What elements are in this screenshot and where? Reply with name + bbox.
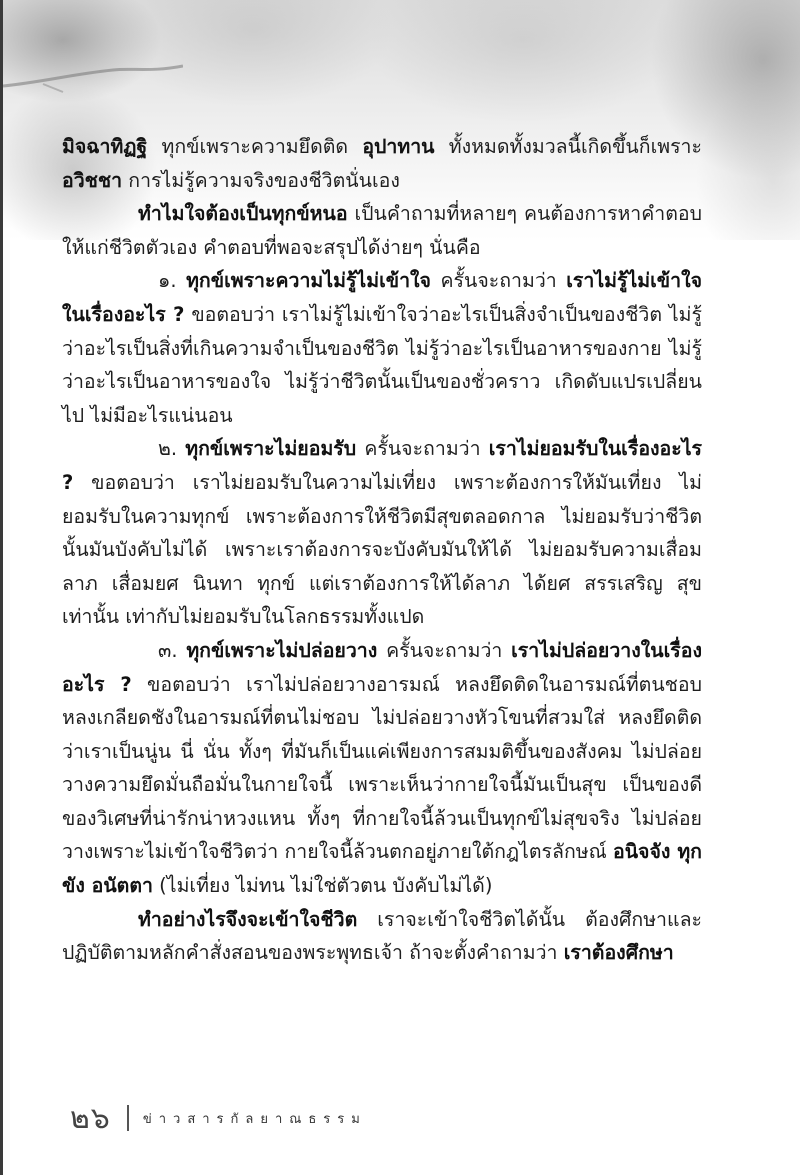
text: ทุกข์เพราะความยึดติด bbox=[147, 135, 362, 158]
item-number: ๓. bbox=[158, 639, 178, 662]
paragraph-intro: มิจฉาทิฏฐิ ทุกข์เพราะความยึดติด อุปาทาน … bbox=[62, 130, 702, 197]
magazine-name: ข่าวสารกัลยาณธรรม bbox=[143, 1108, 367, 1129]
page-footer: ๒๖ ข่าวสารกัลยาณธรรม bbox=[70, 1098, 367, 1138]
item-heading: ทุกข์เพราะไม่ปล่อยวาง bbox=[186, 639, 377, 662]
term-upadana: อุปาทาน bbox=[362, 135, 434, 158]
item-heading: ทุกข์เพราะความไม่รู้ไม่เข้าใจ bbox=[186, 269, 431, 292]
heading-why-suffering: ทำไมใจต้องเป็นทุกข์หนอ bbox=[138, 202, 348, 225]
term-avijja: อวิชชา bbox=[62, 169, 122, 192]
text: (ไม่เที่ยง ไม่ทน ไม่ใช่ตัวตน บังคับไม่ได… bbox=[153, 874, 492, 897]
item-number: ๒. bbox=[158, 437, 177, 460]
paragraph-why-suffering: ทำไมใจต้องเป็นทุกข์หนอ เป็นคำถามที่หลายๆ… bbox=[62, 197, 702, 264]
item-number: ๑. bbox=[158, 269, 177, 292]
paragraph-understand-life: ทำอย่างไรจึงจะเข้าใจชีวิต เราจะเข้าใจชีว… bbox=[62, 903, 702, 970]
list-item-1: ๑. ทุกข์เพราะความไม่รู้ไม่เข้าใจ ครั้นจะ… bbox=[62, 264, 702, 432]
heading-understand-life: ทำอย่างไรจึงจะเข้าใจชีวิต bbox=[138, 908, 357, 931]
list-item-3: ๓. ทุกข์เพราะไม่ปล่อยวาง ครั้นจะถามว่า เ… bbox=[62, 634, 702, 903]
footer-divider bbox=[127, 1105, 129, 1131]
text: ทั้งหมดทั้งมวลนี้เกิดขึ้นก็เพราะ bbox=[435, 135, 702, 158]
branch-decoration-icon bbox=[3, 60, 183, 100]
item-heading: ทุกข์เพราะไม่ยอมรับ bbox=[185, 437, 356, 460]
text: ครั้นจะถามว่า bbox=[431, 269, 566, 292]
page-number: ๒๖ bbox=[70, 1095, 111, 1142]
term-must-study: เราต้องศึกษา bbox=[564, 941, 674, 964]
text: ครั้นจะถามว่า bbox=[356, 437, 489, 460]
text: ขอตอบว่า เราไม่ปล่อยวางอารมณ์ หลงยึดติดใ… bbox=[62, 673, 702, 864]
term-micchaditthi: มิจฉาทิฏฐิ bbox=[62, 135, 147, 158]
text: ครั้นจะถามว่า bbox=[377, 639, 511, 662]
text: การไม่รู้ความจริงของชีวิตนั่นเอง bbox=[122, 169, 400, 192]
article-body: มิจฉาทิฏฐิ ทุกข์เพราะความยึดติด อุปาทาน … bbox=[62, 130, 702, 970]
text: ขอตอบว่า เราไม่ยอมรับในความไม่เที่ยง เพร… bbox=[62, 471, 702, 628]
list-item-2: ๒. ทุกข์เพราะไม่ยอมรับ ครั้นจะถามว่า เรา… bbox=[62, 432, 702, 634]
